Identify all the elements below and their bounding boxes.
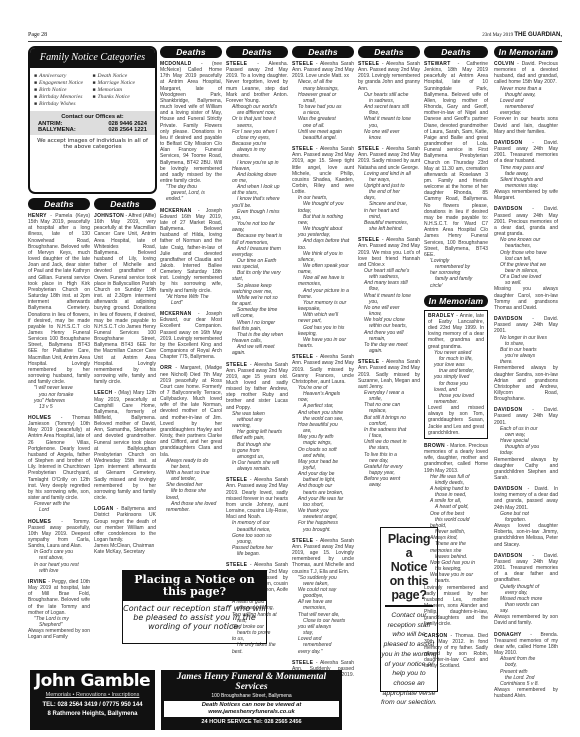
notice-davidson: DAVIDSON - David. In loving memory of a … xyxy=(494,486,558,548)
notice-mckernan: MCKERNAN - Joseph Edward 16th May 2019, … xyxy=(160,208,222,307)
notice-steele: STEELE - Aleesha Sarah Ann. Passed away … xyxy=(292,538,354,655)
column-8: In Memoriam COLVIN - David. Precious mem… xyxy=(494,46,558,706)
notice-surname: MCDONALD xyxy=(160,61,192,67)
notice-signoff: Forever in our hearts sons David and Iai… xyxy=(494,116,558,134)
notice-text: STEELE - Aleesha Sarah Ann. Passed away … xyxy=(358,237,420,268)
notice-body: - Thomas Jamieson (Tommy) 10th May 2019 … xyxy=(28,415,90,501)
notice-steele: STEELE - Aleesha Sarah Ann. Passed away … xyxy=(292,146,354,349)
notice-surname: STEELE xyxy=(358,146,379,152)
notice-body: - Aleesha. Passed away 2nd May 2019. To … xyxy=(226,61,288,104)
notice-surname: MCKERNAN xyxy=(160,311,192,317)
notice-surname: BRADLEY xyxy=(428,313,454,319)
notice-surname: DAVIDSON xyxy=(494,140,522,146)
notice-steele: STEELE - Aleesha. Passed away 2nd May 20… xyxy=(226,61,288,357)
notice-donaghy: DONAGHY - Brenda. Treasured memories of … xyxy=(494,632,558,700)
category-birthday-memories: Birthday Memories xyxy=(34,94,93,100)
notice-body: - Margaret, (Madge nee Nicholl) Died 7th… xyxy=(160,365,222,457)
notice-text: STEELE - Aleesha Sarah Ann. Passed away … xyxy=(292,146,354,195)
notice-surname: STEELE xyxy=(292,660,313,666)
notice-body: - Aleesha Sarah Ann. Passed away 2nd May… xyxy=(226,477,288,520)
notice-steele: STEELE - Aleesha Sarah Ann. Passed away … xyxy=(358,61,420,141)
contact-offices: Contact our Offices at: ANTRIM:028 9446 … xyxy=(30,111,155,135)
verse-line: she left behind. xyxy=(364,226,420,232)
notice-steele: STEELE - Aleesha Sarah Ann. Passed away … xyxy=(292,61,354,141)
notice-surname: STEWART xyxy=(424,61,451,67)
notice-signoff: Remembered always by daughter Sandra, so… xyxy=(494,365,558,402)
notice-surname: STEELE xyxy=(292,538,313,544)
notice-surname: STEELE xyxy=(226,477,247,483)
verse-line: hearts. xyxy=(298,343,354,349)
notice-text: STEELE - Aleesha Sarah Ann. Passed away … xyxy=(226,477,288,520)
notice-surname: MCKERNAN xyxy=(160,208,192,214)
notice-text: STEELE - Aleesha Sarah Ann. Passed away … xyxy=(358,146,420,171)
verse-line: And your picture in a xyxy=(298,288,354,294)
notice-text: STEELE - Aleesha Sarah Ann. Passed away … xyxy=(292,538,354,575)
notice-surname: STEELE xyxy=(292,146,313,152)
notice-surname: ORR xyxy=(160,365,172,371)
column-1: Deaths HENRY - Pamela (Keys) 15th May 20… xyxy=(28,198,90,645)
notice-steele: STEELE - Aleesha Sarah Ann. Passed away … xyxy=(358,359,420,488)
notice-davidson: DAVIDSON - David. Passed away 24th May 2… xyxy=(494,206,558,311)
verse-line: beautiful angel. xyxy=(298,135,354,141)
verse-line: always remain. xyxy=(232,466,288,472)
notice-body: - (nee McNeice) Called Home 17th May 201… xyxy=(160,61,222,184)
masthead: THE GUARDIAN, xyxy=(514,32,562,38)
notice-stewart: STEWART - Catherine Jenkins, 18th May 20… xyxy=(424,61,488,289)
notice-text: LOGAN - Ballymena and District Parkinson… xyxy=(94,506,156,543)
newspaper-page: Page 28 23rd May 2019 THE GUARDIAN, Fami… xyxy=(28,32,562,692)
advertiser-name: James Henry Funeral & Monumental Service… xyxy=(161,670,342,692)
category-birthday-wishes: Birthday Wishes xyxy=(34,101,93,107)
notice-davidson: DAVIDSON - David. Passed away 24th May 2… xyxy=(494,140,558,202)
notice-signoff: Always loved daughter Roberta, son-in-la… xyxy=(494,523,558,548)
notice-irvine: IRVINE - Peggy, died 10th May 2019 at ho… xyxy=(28,579,90,641)
notice-text: DAVIDSON - David. Passed away 24th May 2… xyxy=(494,140,558,165)
notice-orr: ORR - Margaret, (Madge nee Nicholl) Died… xyxy=(160,365,222,513)
advertiser-name: John Gamble xyxy=(30,670,155,692)
notice-signoff: Always remembered by wife Margaret. xyxy=(494,189,558,201)
notice-text: DAVIDSON - David. Passed away 24th May 2… xyxy=(494,407,558,425)
notice-signoff: Loved and missed always by son Tom, gran… xyxy=(428,405,484,436)
notice-verse: Although our world'sare different now,Or… xyxy=(226,104,288,356)
notice-surname: STEELE xyxy=(226,562,247,568)
notice-body: - Joseph Edward 16th May 2019, late of 2… xyxy=(160,208,222,294)
family-notice-categories-box: Family Notice Categories AnniversaryDeat… xyxy=(28,46,157,194)
deaths-banner: Deaths xyxy=(28,198,90,210)
deaths-banner: Deaths xyxy=(160,46,222,58)
deaths-banner: Deaths xyxy=(94,198,156,210)
categories-list: AnniversaryDeath NoticeEngagement Notice… xyxy=(30,68,155,107)
notice-surname: IRVINE xyxy=(28,579,46,585)
notice-leech: LEECH - (May) Mary 12th May 2019, peacef… xyxy=(94,390,156,501)
column-5: Deaths STEELE - Aleesha Sarah Ann. Passe… xyxy=(292,46,354,676)
notice-mckernan: MCKERNAN - Joseph Edward, our dear Most … xyxy=(160,311,222,360)
contact-heading: Contact our Offices at: xyxy=(38,114,147,120)
category-anniversary: Anniversary xyxy=(34,73,93,79)
notice-steele: STEELE - Aleesha Sarah Ann. Passed away … xyxy=(226,477,288,557)
notice-surname: DAVIDSON xyxy=(494,553,522,559)
notice-signoff: Kate McKay, Secretary xyxy=(94,549,156,555)
verse-line: Even though I miss xyxy=(232,209,288,215)
deaths-banner: Deaths xyxy=(292,46,354,58)
notice-steele: STEELE - Aleesha Sarah Ann. Passed away … xyxy=(358,146,420,232)
in-memoriam-banner: In Memoriam xyxy=(424,295,488,307)
placing-notice-narrow-ad: Placing a Notice on this page? Contact o… xyxy=(380,527,438,692)
notice-verse: Quietly thought ofevery day,Missed much … xyxy=(494,584,558,615)
notice-verse: Gone but notforgotten. xyxy=(494,511,558,523)
notice-verse: Forever with theLord xyxy=(28,501,90,513)
notice-text: HENRY - Pamela (Keys) 15th May 2019, pea… xyxy=(28,213,90,385)
verse-line: away. xyxy=(364,482,420,488)
images-accepted-note: We accept images of individuals in all o… xyxy=(30,135,155,153)
notice-text: DAVIDSON - David. Passed away 24th May 2… xyxy=(494,206,558,237)
office-name: BALLYMENA: xyxy=(38,127,76,133)
john-gamble-ad: John Gamble Memorials • Renovations • In… xyxy=(30,670,155,730)
notice-body: - Aleesha Sarah Ann. Passed away 2nd May… xyxy=(292,538,354,575)
notice-verse: Never more than athought away,Loved andr… xyxy=(494,86,558,117)
deaths-banner: Deaths xyxy=(424,46,488,58)
notice-text: HOLMES - Thomas Jamieson (Tommy) 10th Ma… xyxy=(28,415,90,501)
notice-surname: LEECH xyxy=(94,390,112,396)
column-3: Deaths MCDONALD - (nee McNeice) Called H… xyxy=(160,46,222,556)
notice-text: STEELE - Aleesha Sarah Ann. Passed away … xyxy=(226,362,288,411)
verse-line: you brought. xyxy=(298,527,354,533)
verse-line: know. xyxy=(364,135,420,141)
category-memoriam: Memoriam xyxy=(93,87,152,93)
verse-line: again. xyxy=(364,348,420,354)
notice-surname: HENRY xyxy=(28,213,47,219)
verse-line: remember. xyxy=(166,507,222,513)
notice-surname: DAVIDSON xyxy=(494,486,522,492)
deaths-banner: Deaths xyxy=(226,46,288,58)
verse-line: with love xyxy=(34,568,90,574)
notice-body: - Pamela (Keys) 15th May 2019, peacefull… xyxy=(28,213,90,385)
notice-surname: BROWN xyxy=(424,443,445,449)
notice-signoff: Always remembered by son Logan and Famil… xyxy=(28,628,90,640)
verse-line: life began. xyxy=(232,551,288,557)
notice-verse: Time may pass andfade away,Silent though… xyxy=(494,165,558,190)
notice-verse: "The day thougavest, Lord, isended." xyxy=(160,184,222,202)
masthead-date: 23rd May 2019 THE GUARDIAN, xyxy=(482,32,562,38)
notice-surname: JOHNSTON xyxy=(94,213,124,219)
notice-verse: No one knows ourheartaches,Only those wh… xyxy=(494,237,558,286)
notice-verse: Our heart still ache'swith sadness,And m… xyxy=(358,268,420,354)
notice-text: HOLMES - Tommy. Passed away peacefully, … xyxy=(28,519,90,550)
notice-text: MCKERNAN - Joseph Edward, our dear Most … xyxy=(160,311,222,360)
category-death-notice: Death Notice xyxy=(93,73,152,79)
notice-body: - Ballymena and District Parkinsons UK G… xyxy=(94,506,156,543)
notice-text: LEECH - (May) Mary 12th May 2019, peacef… xyxy=(94,390,156,501)
notice-text: COLVIN - David. Precious memories of a d… xyxy=(494,61,558,86)
verse-line: Because my heart is xyxy=(232,233,288,239)
notice-surname: DAVIDSON xyxy=(494,316,522,322)
notice-steele: STEELE - Aleesha Sarah Ann. Passed away … xyxy=(358,237,420,354)
notice-text: STEELE - Aleesha Sarah Ann. Passed away … xyxy=(358,61,420,92)
notice-bradley: BRADLEY - Annie, late of Earby Lancashir… xyxy=(424,310,488,439)
notice-logan: LOGAN - Ballymena and District Parkinson… xyxy=(94,506,156,555)
notice-text: BROWN - Marion. Precious memories of a d… xyxy=(424,443,488,474)
notice-verse: "I will never leaveyou nor forsakeyou" H… xyxy=(28,385,90,410)
notice-surname: STEELE xyxy=(358,237,379,243)
james-henry-ad: James Henry Funeral & Monumental Service… xyxy=(161,670,342,730)
notice-body: - Annie, late of Earby Lancashire, died … xyxy=(428,313,484,350)
notice-verse: Our hearts still achein sadness,And secr… xyxy=(358,92,420,141)
notice-verse: You never askedfor much in life,your lov… xyxy=(428,350,484,405)
notice-verse: Always ready to doher best,With a heart … xyxy=(160,458,222,513)
notice-text: STEELE - Aleesha Sarah Ann. Passed away … xyxy=(292,354,354,385)
notice-verse: You're one ofHeaven's Angelsnow,A perfec… xyxy=(292,385,354,533)
notice-surname: LOGAN xyxy=(94,506,114,512)
verse-line: every day." xyxy=(298,649,354,655)
placing-notice-title: Placing a Notice on this page? xyxy=(123,571,266,601)
notice-signoff: Missing you always daughter Carol, son-i… xyxy=(494,286,558,311)
notice-body: - Peggy, died 10th May 2019 at hospital,… xyxy=(28,579,90,616)
notice-text: BRADLEY - Annie, late of Earby Lancashir… xyxy=(428,313,484,350)
notice-surname: STEELE xyxy=(358,359,379,365)
website-box: Death Notices can now be viewed atwww.ja… xyxy=(164,701,339,717)
advertiser-services: Memorials • Renovations • Inscriptions xyxy=(30,692,155,698)
notice-surname: STEELE xyxy=(292,61,313,67)
notice-signoff: Remembered always by daughter Cathy and … xyxy=(494,457,558,482)
notice-verse: "The Lord is myShepherd" xyxy=(28,616,90,628)
verse-line: Lord" xyxy=(166,300,222,306)
notice-verse: Everyday I wear asmile,That no one canre… xyxy=(358,390,420,489)
verse-line: And I treasure them xyxy=(232,246,288,252)
notice-text: DAVIDSON - David. In loving memory of a … xyxy=(494,486,558,511)
advertiser-address: 100 Broughshane Street, Ballymena xyxy=(161,693,342,699)
notice-body: - Aleesha Sarah Ann. Passed away 2nd May… xyxy=(226,362,288,411)
notice-surname: DONAGHY xyxy=(494,632,522,638)
notice-surname: STEELE xyxy=(358,61,379,67)
notice-text: DONAGHY - Brenda. Treasured memories of … xyxy=(494,632,558,657)
notice-surname: STEELE xyxy=(226,61,247,67)
notice-surname: STEELE xyxy=(226,362,247,368)
notice-text: DAVIDSON - David. Passed away 24th May 2… xyxy=(494,553,558,584)
placing-notice-ad: Placing a Notice on this page? Contact o… xyxy=(122,570,267,644)
in-memoriam-banner: In Memoriam xyxy=(494,46,558,58)
website-link[interactable]: www.jameshenryfunerals.co.uk xyxy=(165,709,338,716)
notice-verse: Absent from thebody,Present withthe Lord… xyxy=(494,656,558,687)
notice-text: STEELE - Aleesha Sarah Ann. Passed away … xyxy=(292,61,354,79)
office-ballymena: BALLYMENA:028 2564 1221 xyxy=(38,127,147,133)
notice-surname: HOLMES xyxy=(28,415,51,421)
category-birth-notice: Birth Notice xyxy=(34,87,93,93)
notice-surname: COLVIN xyxy=(494,61,514,67)
notice-text: DAVIDSON - David. Passed away 24th May 2… xyxy=(494,316,558,334)
notice-verse: In memory of ourbeautiful neice,Gone too… xyxy=(226,520,288,557)
category-marriage-notice: Marriage Notice xyxy=(93,80,152,86)
notice-signoff: Always remembered by husband Alvin. xyxy=(494,687,558,699)
notice-text: STEWART - Catherine Jenkins, 18th May 20… xyxy=(424,61,488,258)
notice-verse: 'Lovinglyremembered byher sorrowingfamil… xyxy=(424,258,488,289)
notice-holmes: HOLMES - Thomas Jamieson (Tommy) 10th Ma… xyxy=(28,415,90,514)
verse-line: And days before that xyxy=(298,238,354,244)
notice-signoff: Always remembered by son David and famil… xyxy=(494,614,558,626)
notice-davidson: DAVIDSON - David. Passed away 24th May 2… xyxy=(494,553,558,627)
notice-surname: DAVIDSON xyxy=(494,206,522,212)
header-rule xyxy=(28,41,562,42)
notice-verse: No longer in our livesto share,But in ou… xyxy=(494,335,558,366)
notice-davidson: DAVIDSON - David. Passed away 24th May 2… xyxy=(494,316,558,402)
notice-steele: STEELE - Aleesha Sarah Ann. Passed away … xyxy=(292,354,354,533)
verse-line: circle' xyxy=(430,283,488,289)
placing-notice-title: Placing a Notice on this page? xyxy=(385,528,433,607)
placing-notice-body: Contact our reception staff who will be … xyxy=(123,601,266,631)
notice-text: STEELE - Aleesha. Passed away 2nd May 20… xyxy=(226,61,288,104)
notice-text: MCDONALD - (nee McNeice) Called Home 17t… xyxy=(160,61,222,184)
verse-line: again. xyxy=(232,350,288,356)
placing-notice-body: Contact our reception staff who will be … xyxy=(381,607,437,708)
notice-verse: "So suddenly youwere taken,We could not … xyxy=(292,575,354,655)
notice-davidson: DAVIDSON - David. Passed away 24th May 2… xyxy=(494,407,558,481)
notice-text: STEELE - Aleesha Sarah Ann. Passed away … xyxy=(358,359,420,390)
issue-date: 23rd May 2019 xyxy=(482,33,513,38)
notice-verse: Each of us in ourown way,Have specialtho… xyxy=(494,426,558,457)
notice-johnston: JOHNSTON - Alfred (Alfie) 16th May 2019,… xyxy=(94,213,156,385)
notice-mcdonald: MCDONALD - (nee McNeice) Called Home 17t… xyxy=(160,61,222,203)
notice-body: - Aleesha Sarah Ann. Passed away 2nd May… xyxy=(292,146,354,195)
notice-body: - Catherine Jenkins, 18th May 2019 peace… xyxy=(424,61,488,258)
notice-surname: DAVIDSON xyxy=(494,407,522,413)
notice-holmes: HOLMES - Tommy. Passed away peacefully, … xyxy=(28,519,90,574)
notice-steele: STEELE - Aleesha Sarah Ann. Passed away … xyxy=(226,362,288,473)
deaths-banner: Deaths xyxy=(358,46,420,58)
notice-body: - (May) Mary 12th May 2019, peacefully a… xyxy=(94,390,156,501)
notice-text: ORR - Margaret, (Madge nee Nicholl) Died… xyxy=(160,365,222,457)
notice-surname: HOLMES xyxy=(28,519,51,525)
notice-text: IRVINE - Peggy, died 10th May 2019 at ho… xyxy=(28,579,90,616)
notice-text: MCKERNAN - Joseph Edward 16th May 2019, … xyxy=(160,208,222,294)
advertiser-phone: TEL: 028 2564 3419 / 07775 950 144 xyxy=(30,702,155,708)
category-engagement-notice: Engagement Notice xyxy=(34,80,93,86)
verse-line: ended." xyxy=(166,196,222,202)
column-6: Deaths STEELE - Aleesha Sarah Ann. Passe… xyxy=(358,46,420,524)
page-number: Page 28 xyxy=(28,32,47,38)
notice-verse: She was takenwithout anywarning,Her goin… xyxy=(226,411,288,473)
office-phone: 028 2564 1221 xyxy=(108,127,147,133)
verse-line: I know that's where xyxy=(232,196,288,202)
verse-line: best. xyxy=(232,649,288,655)
notice-verse: Loving and kind in allher ways,Upright a… xyxy=(358,171,420,233)
notice-henry: HENRY - Pamela (Keys) 15th May 2019, pea… xyxy=(28,213,90,410)
website-caption: Death Notices can now be viewed at xyxy=(165,702,338,709)
notice-text: JOHNSTON - Alfred (Alfie) 16th May 2019,… xyxy=(94,213,156,385)
notice-colvin: COLVIN - David. Precious memories of a d… xyxy=(494,61,558,135)
column-2: Deaths JOHNSTON - Alfred (Alfie) 16th Ma… xyxy=(94,198,156,560)
notice-verse: Niece, of all themany blessings,However … xyxy=(292,79,354,141)
notice-verse: "At Home With TheLord" xyxy=(160,294,222,306)
notice-body: - Joseph Edward, our dear Most Excellent… xyxy=(160,311,222,360)
page-header: Page 28 23rd May 2019 THE GUARDIAN, xyxy=(28,32,562,41)
category-thanks-notice: Thanks Notice xyxy=(93,94,152,100)
verse-line: Lord xyxy=(34,507,90,513)
categories-title: Family Notice Categories xyxy=(30,48,155,68)
notice-verse: In our hearts,We thought of youtoday,But… xyxy=(292,195,354,349)
notice-body: - Alfred (Alfie) 16th May 2019, very pea… xyxy=(94,213,156,385)
advertiser-phone: 24 HOUR SERVICE Tel: 028 2565 2456 xyxy=(161,719,342,725)
notice-surname: STEELE xyxy=(292,354,313,360)
notice-verse: In God's care yourest above,In our heart… xyxy=(28,549,90,574)
verse-line: 13 v 5 xyxy=(34,404,90,410)
advertiser-address: 8 Rathmore Heights, Ballymena xyxy=(30,711,155,717)
